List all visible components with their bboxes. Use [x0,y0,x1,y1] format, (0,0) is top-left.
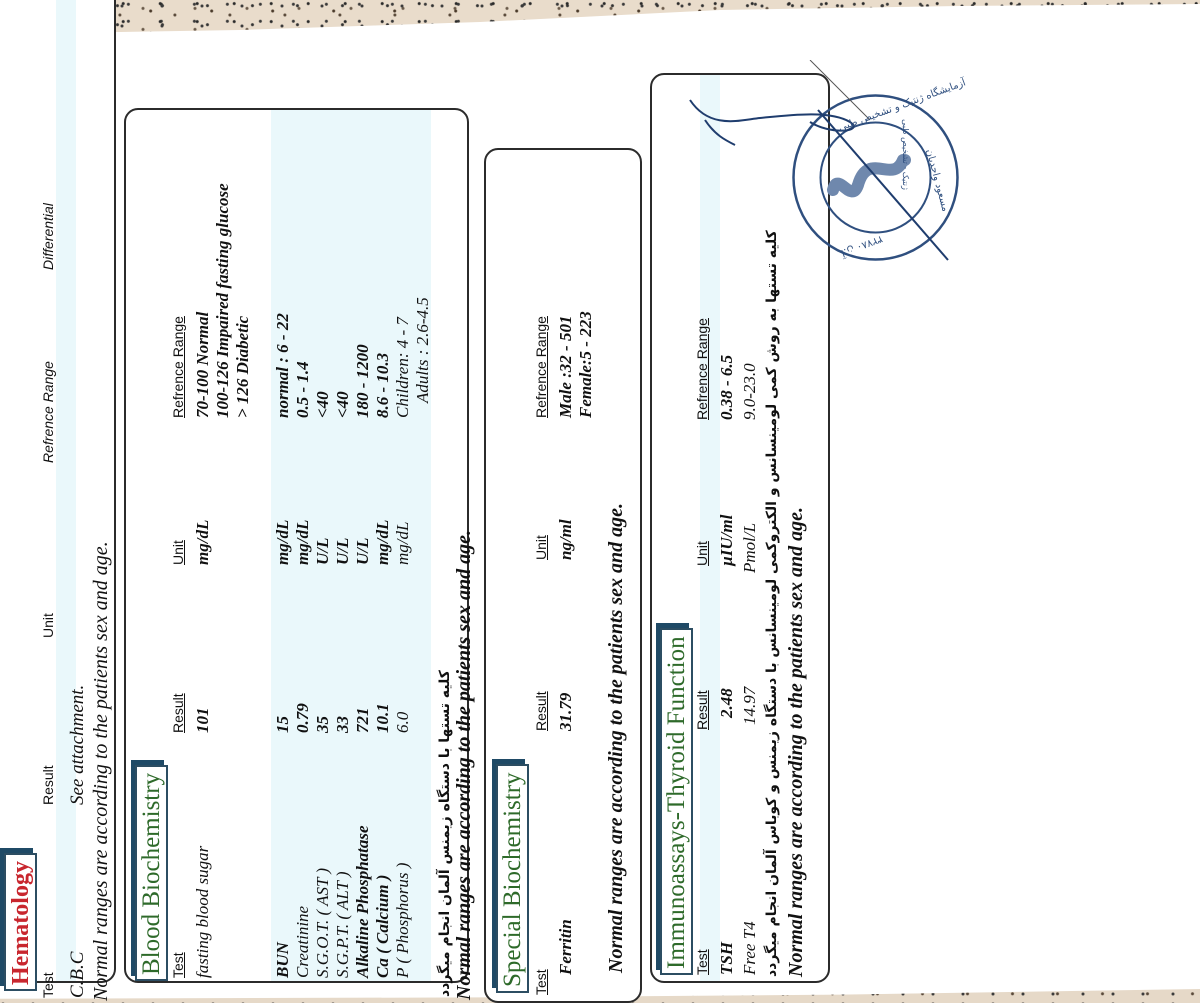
bb-row-fbs-result: 101 [193,708,212,734]
sb-row-ferritin-ref-0: Male :32 - 501 [556,316,575,418]
thyroid-row-ft4-ref: 9.0-23.0 [740,363,759,420]
blood-biochemistry-title: Blood Biochemistry [135,765,168,981]
hematology-header-unit: Unit [40,613,56,638]
bb-row-alp-result: 721 [353,708,372,734]
thyroid-header-unit: Unit [694,541,710,566]
thyroid-row-tsh-unit: µIU/ml [717,515,736,566]
bb-row-ca-test: Ca ( Calcium ) [373,875,392,978]
bb-row-p-unit: mg/dL [393,522,412,565]
thyroid-row-tsh-ref: 0.38 - 6.5 [717,355,736,420]
hematology-header-diff: Differential [40,203,56,270]
bb-row-ca-unit: mg/dL [373,520,392,565]
hematology-header-result: Result [40,765,56,805]
bb-row-p-ref-1: Adults : 2.6-4.5 [413,297,432,403]
bb-row-fbs-ref-2: > 126 Diabetic [233,316,252,418]
bb-header-test: Test [170,952,186,978]
thyroid-note: Normal ranges are according to the patie… [785,507,808,977]
sb-row-ferritin-ref-1: Female:5 - 223 [576,311,595,418]
bb-row-creatinine-ref: 0.5 - 1.4 [293,361,312,418]
thyroid-header-ref: Refrence Range [694,318,710,420]
bb-row-alt-result: 33 [333,716,352,733]
bb-row-ast-unit: U/L [313,538,332,565]
sb-row-ferritin-unit: ng/ml [556,519,575,560]
hematology-note: Normal ranges are according to the patie… [90,541,113,1001]
sb-header-test: Test [533,969,549,995]
bb-row-p-test: P ( Phosphorus ) [393,863,412,978]
bb-row-creatinine-result: 0.79 [293,703,312,733]
bb-note: Normal ranges are according to the patie… [453,530,476,1000]
thyroid-persian-note: کلیه تستها به روش کمی لومینسانس و الکترو… [764,217,780,977]
bb-row-ca-ref: 8.6 - 10.3 [373,353,392,418]
bb-row-creatinine-unit: mg/dL [293,520,312,565]
bb-header-unit: Unit [170,540,186,565]
special-biochemistry-title: Special Biochemistry [496,764,529,993]
bb-row-fbs-unit: mg/dL [193,520,212,565]
bb-row-fbs-test: fasting blood sugar [193,846,212,978]
bb-row-ast-test: S.G.O.T. ( AST ) [313,868,332,978]
bb-row-bun-unit: mg/dL [273,520,292,565]
thyroid-row-ft4-test: Free T4 [740,921,759,975]
bb-row-alt-unit: U/L [333,538,352,565]
bb-row-ast-result: 35 [313,716,332,733]
stamp-inner-text: ژنتیک - تشخیص طبی [901,119,910,190]
hematology-header-ref: Refrence Range [40,361,56,463]
thyroid-title: Immunoassays-Thyroid Function [660,628,693,975]
hematology-title: Hematology [4,853,37,991]
signature [680,60,880,150]
bb-header-ref: Refrence Range [170,316,186,418]
bb-row-bun-test: BUN [273,942,292,978]
bb-row-p-result: 6.0 [393,712,412,733]
thyroid-row-ft4-result: 14.97 [740,687,759,725]
sb-note: Normal ranges are according to the patie… [605,503,628,973]
bb-row-alp-ref: 180 - 1200 [353,344,372,418]
bb-row-fbs-ref-0: 70-100 Normal [193,312,212,418]
thyroid-header-result: Result [694,690,710,730]
bb-header-result: Result [170,693,186,733]
bb-row-ca-result: 10.1 [373,703,392,733]
thyroid-row-tsh-test: TSH [717,942,736,975]
bb-row-bun-ref: normal : 6 - 22 [273,313,292,418]
sb-header-unit: Unit [533,535,549,560]
bb-row-alt-ref: <40 [333,391,352,418]
thyroid-row-ft4-unit: Pmol/L [740,523,759,573]
bb-row-creatinine-test: Creatinine [293,906,312,978]
lab-report-document: Hematology Test Result Unit Refrence Ran… [0,0,1200,1003]
sb-header-result: Result [533,691,549,731]
bb-row-bun-result: 15 [273,716,292,733]
bb-row-p-ref-0: Children: 4 - 7 [393,317,412,418]
bb-row-fbs-ref-1: 100-126 Impaired fasting glucose [213,183,232,418]
sb-header-ref: Refrence Range [533,316,549,418]
bb-row-alt-test: S.G.P.T. ( ALT ) [333,871,352,978]
sb-row-ferritin-test: Ferritin [556,919,575,975]
sb-row-ferritin-result: 31.79 [556,693,575,731]
thyroid-row-tsh-result: 2.48 [717,688,736,718]
hematology-cbc-test: C.B.C [68,952,87,998]
bb-row-alp-unit: U/L [353,538,372,565]
thyroid-header-test: Test [694,949,710,975]
hematology-cbc-result: See attachment. [68,685,87,805]
bb-row-alp-test: Alkaline Phosphatase [353,825,372,978]
bb-persian-note: کلیه تستها با دستگاه زیمنس آلمان انجام م… [437,577,453,997]
bb-row-ast-ref: <40 [313,391,332,418]
hematology-header-test: Test [40,972,56,998]
